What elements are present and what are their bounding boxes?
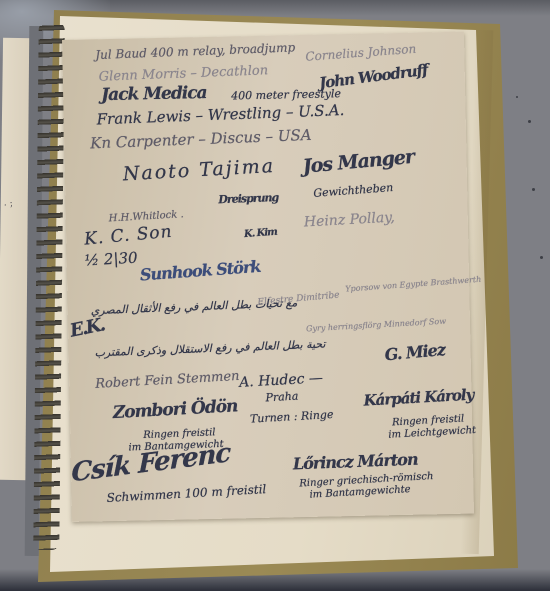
wall-speck (516, 96, 518, 98)
signature-kc-son-time: ½ 2|30 (84, 251, 138, 269)
signature-jack-medica-note: 400 meter freestyle (231, 88, 341, 101)
signature-turnen-ringe: Turnen : Ringe (250, 409, 334, 425)
signature-jack-medica: Jack Medica (101, 85, 207, 104)
photo-autograph-album: · ; Jul Baud 400 m relay, broadjump Corn… (0, 0, 550, 591)
wall-speck (540, 256, 543, 259)
signature-karpati-karoly: Kárpáti Károly (363, 388, 473, 409)
signature-k-kim: K. Kim (244, 228, 277, 240)
signature-zombori-odon: Zombori Ödön (112, 398, 237, 422)
signature-robert-fein: Robert Fein Stemmen (95, 370, 240, 391)
signature-a-hudec: A. Hudec — (239, 371, 323, 390)
signature-frank-lewis: Frank Lewis – Wrestling – U.S.A. (96, 103, 344, 128)
signature-kc-son: K. C. Son (84, 224, 174, 249)
signature-csik-note: Schwimmen 100 m freistil (106, 483, 266, 504)
signature-arabic-line-1: مع تحيات بطل العالم في رفع الأثقال المصر… (90, 297, 297, 316)
signature-csik-ferenc: Csík Ferenc (71, 440, 230, 486)
signature-karpati-note-2: im Leichtgewicht (388, 426, 476, 441)
signature-glenn-morris: Glenn Morris – Decathlon (99, 64, 269, 83)
wall-speck (532, 188, 535, 191)
signature-ken-carpenter: Kn Carpenter – Discus – USA (90, 128, 312, 151)
signature-naoto-tajima-note: Dreisprung (218, 192, 278, 205)
signature-cornelius-johnson: Cornelius Johnson (305, 43, 417, 63)
signature-heinz-pollay: Heinz Pollay, (304, 210, 396, 229)
signature-jos-manger-note: Gewichtheben (313, 182, 394, 199)
signature-relay-line: Jul Baud 400 m relay, broadjump (95, 41, 295, 61)
signature-faint-line-3: Gyry herringsflörg Minnedorf Sow (306, 318, 446, 334)
signature-ek-flourish: E.K. (69, 316, 106, 340)
signature-g-miez: G. Miez (384, 342, 445, 363)
spiral-binding (33, 22, 65, 550)
signature-faint-line-1: Yporsow von Egypte Brasthwerth (345, 276, 481, 294)
signature-hh-whitlock: H.H.Whitlock . (109, 210, 184, 224)
signature-lorincz-marton: Lőrincz Márton (293, 452, 418, 473)
autograph-sheet: Jul Baud 400 m relay, broadjump Corneliu… (62, 32, 474, 522)
signature-jos-manger: Jos Manger (302, 148, 415, 177)
wall-speck (528, 120, 531, 123)
signature-naoto-tajima: Naoto Tajima (122, 157, 275, 184)
signature-a-hudec-city: Praha (265, 391, 298, 404)
signature-flourish-stork: Sunhook Störk (139, 259, 260, 284)
signature-arabic-line-2: تحية بطل العالم في رفع الاستقلال وذكرى ا… (94, 339, 325, 359)
